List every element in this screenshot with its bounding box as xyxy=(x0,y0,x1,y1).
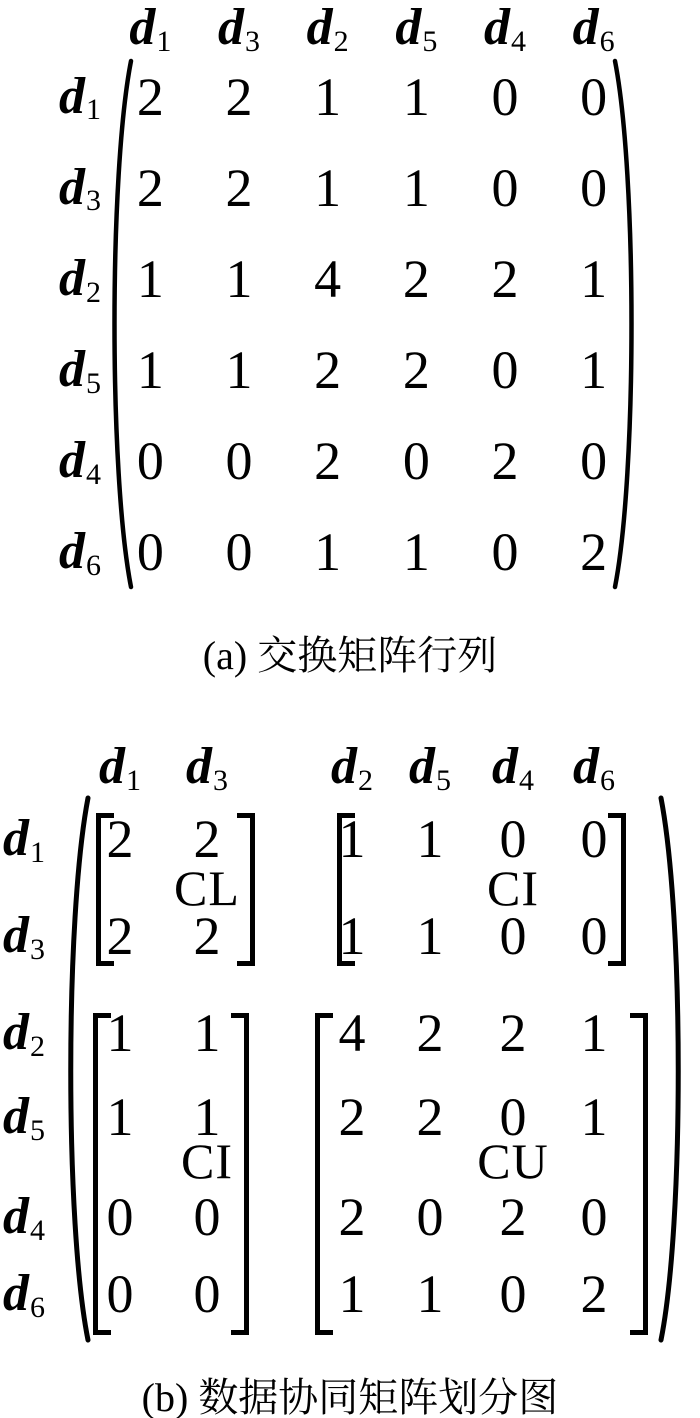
row-header-d4: d4 xyxy=(59,435,101,487)
panel-a-caption: (a) 交换矩阵行列 xyxy=(0,630,700,682)
matrix-cell: 0 xyxy=(500,812,527,866)
matrix-cell: 2 xyxy=(500,1190,527,1244)
matrix-cell: 1 xyxy=(194,1006,221,1060)
matrix-cell: 1 xyxy=(339,909,366,963)
matrix-cell: 1 xyxy=(580,252,607,306)
row-header-d6: d6 xyxy=(3,1268,45,1320)
matrix-cell: 2 xyxy=(417,1006,444,1060)
matrix-cell: 1 xyxy=(225,343,252,397)
matrix-cell: 1 xyxy=(417,1267,444,1321)
figure: d1 d3 d2 d5 d4 d6 d1 d3 d2 d5 d4 d6 2211… xyxy=(0,0,700,1418)
panel-a-column-headers: d1 d3 d2 d5 d4 d6 xyxy=(106,2,638,52)
matrix-cell: 0 xyxy=(500,909,527,963)
matrix-cell: 0 xyxy=(581,909,608,963)
matrix-cell: 0 xyxy=(107,1190,134,1244)
matrix-cell: 0 xyxy=(491,161,518,215)
matrix-cell: 2 xyxy=(314,343,341,397)
matrix-cell: 0 xyxy=(417,1190,444,1244)
row-header-d1: d1 xyxy=(59,71,101,123)
col-header-d3: d3 xyxy=(218,2,260,54)
matrix-cell: 2 xyxy=(580,525,607,579)
matrix-cell: 1 xyxy=(314,161,341,215)
row-header-d6: d6 xyxy=(59,526,101,578)
row-header-d2: d2 xyxy=(59,253,101,305)
col-header-d1: d1 xyxy=(99,741,141,793)
matrix-cell: 4 xyxy=(314,252,341,306)
matrix-cell: 2 xyxy=(403,343,430,397)
col-header-d5: d5 xyxy=(409,741,451,793)
matrix-cell: 0 xyxy=(491,343,518,397)
matrix-cell: 2 xyxy=(417,1090,444,1144)
col-header-d1: d1 xyxy=(129,2,171,54)
matrix-cell: 1 xyxy=(225,252,252,306)
matrix-cell: 1 xyxy=(403,525,430,579)
matrix-cell: 0 xyxy=(225,434,252,488)
col-header-d6: d6 xyxy=(573,2,615,54)
matrix-cell: 2 xyxy=(403,252,430,306)
matrix-cell: 0 xyxy=(580,70,607,124)
row-header-d2: d2 xyxy=(3,1007,45,1059)
matrix-cell: 2 xyxy=(225,161,252,215)
col-header-d5: d5 xyxy=(395,2,437,54)
block-bracket-right-icon xyxy=(630,1013,648,1335)
col-header-d3: d3 xyxy=(186,741,228,793)
row-header-d3: d3 xyxy=(3,910,45,962)
matrix-cell: 2 xyxy=(194,909,221,963)
matrix-cell: 2 xyxy=(339,1190,366,1244)
matrix-cell: 0 xyxy=(225,525,252,579)
matrix-cell: 0 xyxy=(107,1267,134,1321)
panel-a-row-headers: d1 d3 d2 d5 d4 d6 xyxy=(55,51,105,598)
matrix-a-values: 221100 221100 114221 112201 002020 00110… xyxy=(106,51,638,598)
matrix-cell: 1 xyxy=(417,909,444,963)
matrix-cell: 2 xyxy=(137,161,164,215)
matrix-cell: 0 xyxy=(491,525,518,579)
matrix-cell: 2 xyxy=(194,812,221,866)
matrix-cell: 2 xyxy=(339,1090,366,1144)
matrix-cell: 1 xyxy=(314,525,341,579)
matrix-cell: 0 xyxy=(491,70,518,124)
col-header-d2: d2 xyxy=(307,2,349,54)
matrix-paren-left-icon xyxy=(57,793,93,1345)
matrix-cell: 1 xyxy=(581,1090,608,1144)
row-header-d4: d4 xyxy=(3,1191,45,1243)
matrix-cell: 0 xyxy=(500,1267,527,1321)
col-header-d2: d2 xyxy=(331,741,373,793)
row-header-d3: d3 xyxy=(59,162,101,214)
matrix-cell: 0 xyxy=(581,1190,608,1244)
matrix-cell: 1 xyxy=(403,161,430,215)
matrix-cell: 0 xyxy=(194,1267,221,1321)
block-label-CU: CU xyxy=(477,1132,548,1190)
matrix-cell: 1 xyxy=(403,70,430,124)
matrix-cell: 0 xyxy=(137,525,164,579)
matrix-cell: 1 xyxy=(339,812,366,866)
col-header-d4: d4 xyxy=(492,741,534,793)
matrix-cell: 0 xyxy=(403,434,430,488)
matrix-cell: 4 xyxy=(339,1006,366,1060)
matrix-cell: 2 xyxy=(107,909,134,963)
matrix-cell: 2 xyxy=(581,1267,608,1321)
matrix-cell: 1 xyxy=(107,1090,134,1144)
col-header-d6: d6 xyxy=(573,741,615,793)
matrix-cell: 0 xyxy=(580,161,607,215)
matrix-cell: 1 xyxy=(137,343,164,397)
matrix-cell: 1 xyxy=(417,812,444,866)
matrix-cell: 2 xyxy=(107,812,134,866)
matrix-cell: 2 xyxy=(314,434,341,488)
matrix-cell: 0 xyxy=(581,812,608,866)
block-label-CI: CI xyxy=(181,1132,233,1190)
row-header-d5: d5 xyxy=(3,1091,45,1143)
matrix-cell: 2 xyxy=(500,1006,527,1060)
matrix-cell: 2 xyxy=(137,70,164,124)
matrix-cell: 1 xyxy=(581,1006,608,1060)
matrix-cell: 2 xyxy=(491,434,518,488)
matrix-cell: 1 xyxy=(137,252,164,306)
matrix-cell: 0 xyxy=(194,1190,221,1244)
matrix-cell: 1 xyxy=(339,1267,366,1321)
col-header-d4: d4 xyxy=(484,2,526,54)
row-header-d1: d1 xyxy=(3,813,45,865)
panel-b-caption: (b) 数据协同矩阵划分图 xyxy=(0,1372,700,1418)
matrix-cell: 1 xyxy=(107,1006,134,1060)
matrix-cell: 2 xyxy=(491,252,518,306)
matrix-cell: 1 xyxy=(580,343,607,397)
row-header-d5: d5 xyxy=(59,344,101,396)
block-bracket-right-icon xyxy=(608,813,626,966)
matrix-cell: 0 xyxy=(137,434,164,488)
matrix-cell: 2 xyxy=(225,70,252,124)
block-bracket-right-icon xyxy=(231,1013,249,1335)
matrix-cell: 0 xyxy=(580,434,607,488)
matrix-paren-right-icon xyxy=(656,793,692,1345)
block-bracket-left-icon xyxy=(315,1013,333,1335)
matrix-cell: 1 xyxy=(314,70,341,124)
